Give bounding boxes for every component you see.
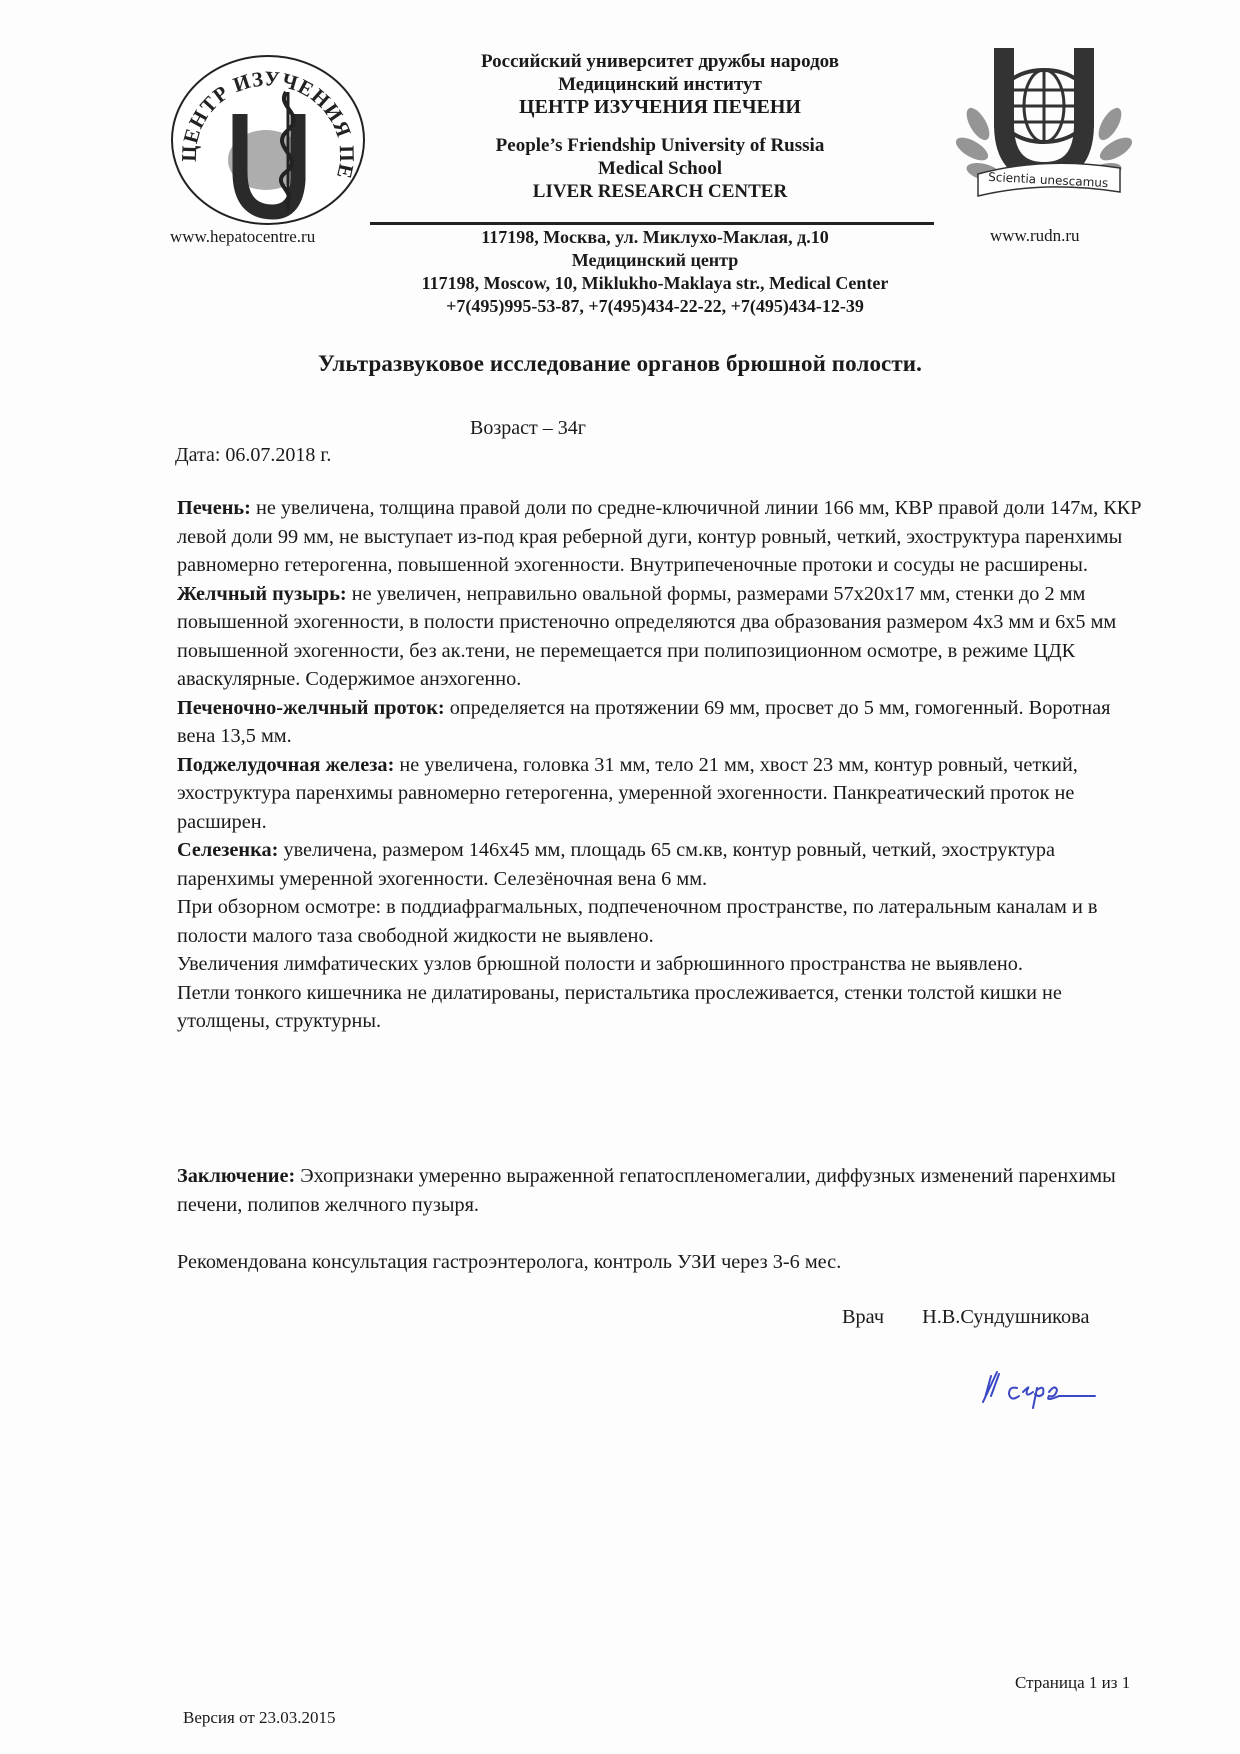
section-liver: Печень: не увеличена, толщина правой дол… [177,494,1152,580]
paragraph-lymph-nodes: Увеличения лимфатических узлов брюшной п… [177,950,1152,979]
header-institution-ru: Российский университет дружбы народов Ме… [380,50,940,119]
page-number: Страница 1 из 1 [1015,1673,1130,1693]
header-line: LIVER RESEARCH CENTER [380,180,940,203]
address-line: 117198, Москва, ул. Миклухо-Маклая, д.10 [360,226,950,249]
section-text: увеличена, размером 146х45 мм, площадь 6… [177,839,1055,890]
section-label: Желчный пузырь: [177,583,347,605]
doctor-name: Н.В.Сундушникова [922,1306,1089,1328]
address-line: 117198, Moscow, 10, Miklukho-Maklaya str… [360,272,950,295]
header-line: Medical School [380,157,940,180]
section-label: Поджелудочная железа: [177,754,394,776]
rudn-logo-icon: Scientia unescamus [948,44,1140,224]
findings-body: Печень: не увеличена, толщина правой дол… [177,494,1152,1036]
section-bile-duct: Печеночно-желчный проток: определяется н… [177,694,1152,751]
section-text: не увеличена, толщина правой доли по сре… [177,497,1142,576]
section-pancreas: Поджелудочная железа: не увеличена, голо… [177,751,1152,837]
section-label: Печеночно-желчный проток: [177,697,445,719]
section-label: Печень: [177,497,251,519]
header-line: ЦЕНТР ИЗУЧЕНИЯ ПЕЧЕНИ [380,96,940,119]
doctor-signature-block: ВрачН.В.Сундушникова [842,1305,1089,1329]
liver-center-logo-icon: ЦЕНТР ИЗУЧЕНИЯ ПЕЧЕНИ [168,52,368,228]
header-line: Российский университет дружбы народов [380,50,940,73]
section-gallbladder: Желчный пузырь: не увеличен, неправильно… [177,580,1152,694]
recommendation: Рекомендована консультация гастроэнтерол… [177,1248,841,1276]
conclusion: Заключение: Эхопризнаки умеренно выражен… [177,1162,1152,1220]
section-label: Селезенка: [177,839,278,861]
address-line: Медицинский центр [360,249,950,272]
header-address: 117198, Москва, ул. Миклухо-Маклая, д.10… [360,226,950,318]
conclusion-label: Заключение: [177,1165,295,1187]
patient-age: Возраст – 34г [470,416,586,440]
website-link-hepatocentre[interactable]: www.hepatocentre.ru [170,227,315,247]
paragraph-free-fluid: При обзорном осмотре: в поддиафрагмальны… [177,893,1152,950]
header-institution-en: People’s Friendship University of Russia… [380,134,940,203]
handwritten-signature-icon [975,1358,1125,1418]
phone-numbers: +7(495)995-53-87, +7(495)434-22-22, +7(4… [360,295,950,318]
doctor-role: Врач [842,1306,884,1328]
section-spleen: Селезенка: увеличена, размером 146х45 мм… [177,836,1152,893]
header-line: People’s Friendship University of Russia [380,134,940,157]
header-line: Медицинский институт [380,73,940,96]
website-link-rudn[interactable]: www.rudn.ru [990,226,1080,246]
conclusion-text: Эхопризнаки умеренно выраженной гепатосп… [177,1165,1116,1216]
header-divider [370,222,934,225]
version-label: Версия от 23.03.2015 [183,1708,336,1728]
document-title: Ультразвуковое исследование органов брюш… [160,350,1080,378]
exam-date: Дата: 06.07.2018 г. [175,443,331,467]
paragraph-intestine: Петли тонкого кишечника не дилатированы,… [177,979,1152,1036]
